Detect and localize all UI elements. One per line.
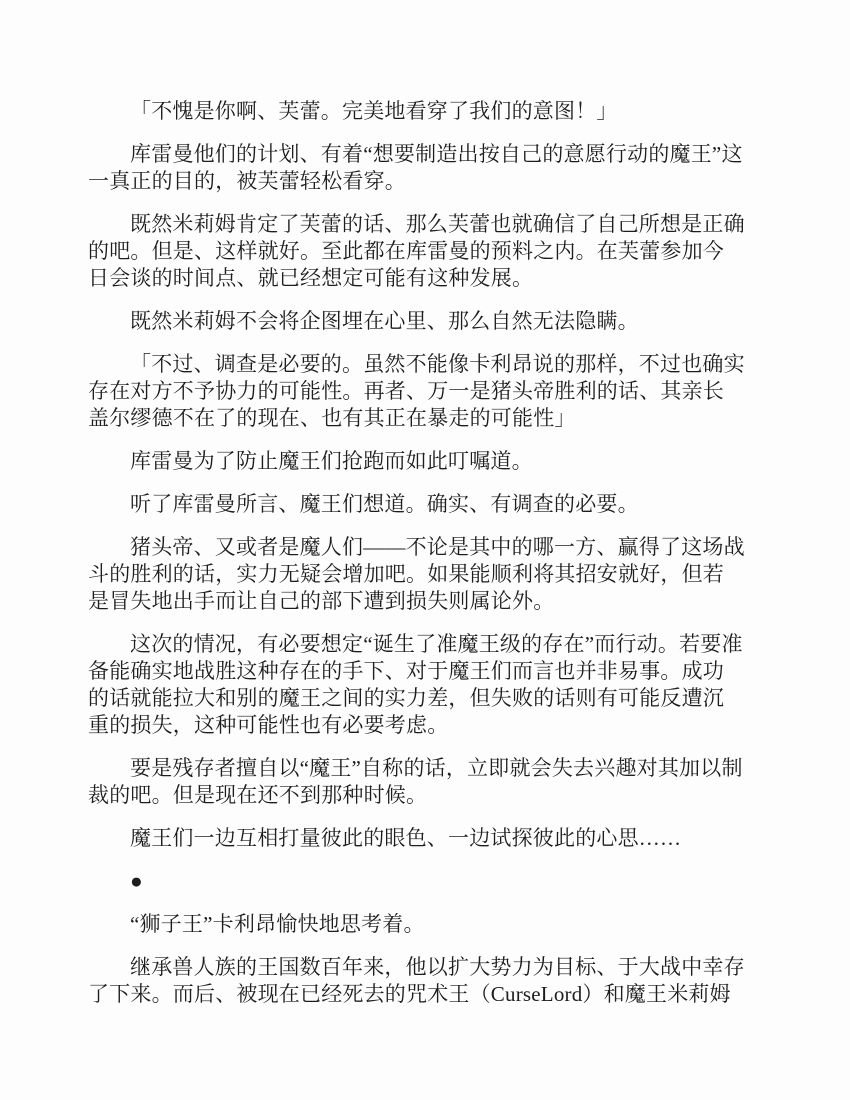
- dialogue-paragraph: 「不过、调查是必要的。虽然不能像卡利昂说的那样，不过也确实存在对方不予协力的可能…: [88, 351, 745, 432]
- narration-paragraph: 继承兽人族的王国数百年来，他以扩大势力为目标、于大战中幸存了下来。而后、被现在已…: [88, 954, 745, 1008]
- narration-paragraph: 猪头帝、又或者是魔人们——不论是其中的哪一方、赢得了这场战斗的胜利的话，实力无疑…: [88, 534, 745, 615]
- dialogue-paragraph: 「不愧是你啊、芙蕾。完美地看穿了我们的意图！」: [88, 98, 745, 125]
- narration-paragraph: 库雷曼为了防止魔王们抢跑而如此叮嘱道。: [88, 448, 745, 475]
- narration-paragraph: 要是残存者擅自以“魔王”自称的话，立即就会失去兴趣对其加以制裁的吧。但是现在还不…: [88, 755, 745, 809]
- text-page: 「不愧是你啊、芙蕾。完美地看穿了我们的意图！」 库雷曼他们的计划、有着“想要制造…: [0, 0, 850, 1100]
- narration-paragraph: 既然米莉姆不会将企图埋在心里、那么自然无法隐瞒。: [88, 308, 745, 335]
- narration-paragraph: “狮子王”卡利昂愉快地思考着。: [88, 911, 745, 938]
- novel-reader-page: 「不愧是你啊、芙蕾。完美地看穿了我们的意图！」 库雷曼他们的计划、有着“想要制造…: [0, 0, 850, 1100]
- narration-paragraph: 这次的情况，有必要想定“诞生了准魔王级的存在”而行动。若要准备能确实地战胜这种存…: [88, 631, 745, 739]
- narration-paragraph: 既然米莉姆肯定了芙蕾的话、那么芙蕾也就确信了自己所想是正确的吧。但是、这样就好。…: [88, 211, 745, 292]
- narration-paragraph: 魔王们一边互相打量彼此的眼色、一边试探彼此的心思……: [88, 825, 745, 852]
- scene-break-bullet: ●: [88, 868, 745, 895]
- narration-paragraph: 听了库雷曼所言、魔王们想道。确实、有调查的必要。: [88, 491, 745, 518]
- narration-paragraph: 库雷曼他们的计划、有着“想要制造出按自己的意愿行动的魔王”这一真正的目的，被芙蕾…: [88, 141, 745, 195]
